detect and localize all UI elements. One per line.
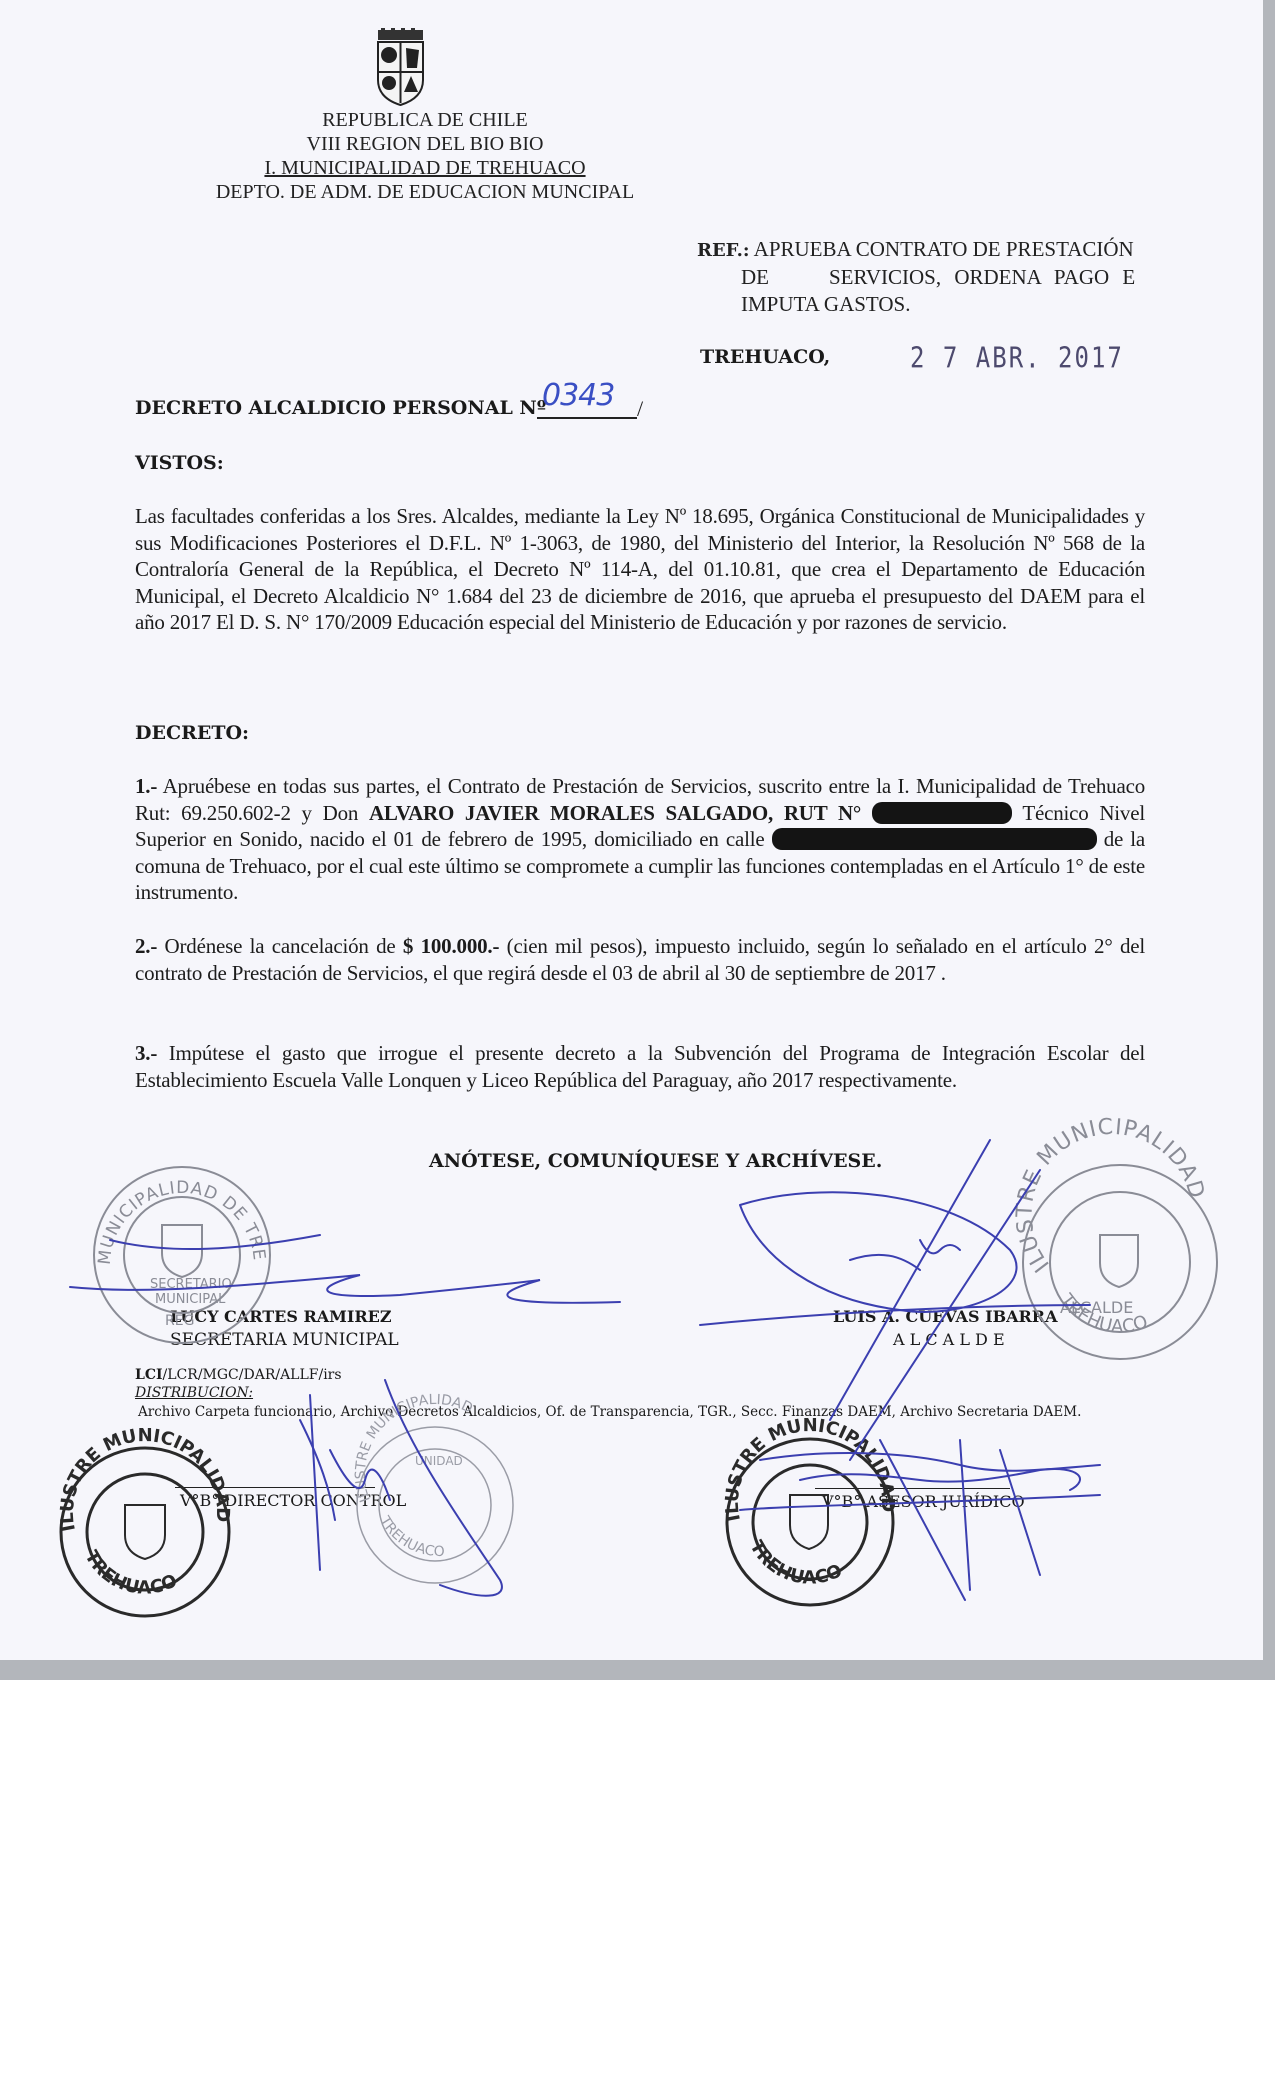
reference-line-3: IMPUTA GASTOS. [697,291,1147,318]
date-stamp: 2 7 ABR. 2017 [910,341,1124,375]
secretary-name: LUCY CARTES RAMIREZ [170,1307,392,1326]
reference-line-2: DESERVICIOS, ORDENA PAGO E [697,264,1147,291]
item-1-number: 1.- [135,774,157,798]
control-approval-label: V°B° DIRECTOR CONTROL [180,1491,406,1510]
vistos-heading: VISTOS: [135,452,224,474]
svg-text:TREHUACO: TREHUACO [80,1547,180,1598]
svg-text:TREHUACO: TREHUACO [1055,1289,1150,1337]
legal-approval-label: V°B° ASESOR JURÍDICO [822,1492,1025,1511]
svg-text:ILUSTRE MUNICIPALIDAD: ILUSTRE MUNICIPALIDAD [57,1425,233,1533]
redacted-rut [872,802,1012,824]
mayor-stamp [1023,1165,1217,1359]
distribution-label: DISTRIBUCION: [135,1385,253,1401]
decree-title: DECRETO ALCALDICIO PERSONAL Nº [135,397,546,419]
mayor-name: LUIS A. CUEVAS IBARRA [833,1307,1058,1326]
decreto-item-1: 1.- Apruébese en todas sus partes, el Co… [135,773,1145,906]
control-signature-line [175,1487,375,1488]
svg-text:ILUSTRE MUNICIPALIDAD: ILUSTRE MUNICIPALIDAD [1012,1115,1209,1277]
legal-signature-line [815,1488,1010,1489]
decree-number-underline [537,417,637,419]
closing-formula: ANÓTESE, COMUNÍQUESE Y ARCHÍVESE. [429,1150,882,1172]
legal-stamp-right [727,1439,893,1605]
header-region: VIII REGION DEL BIO BIO [200,132,650,156]
decreto-item-3: 3.- Impútese el gasto que irrogue el pre… [135,1040,1145,1093]
reference-block: REF.: APRUEBA CONTRATO DE PRESTACIÓN DES… [697,236,1147,318]
item-2-number: 2.- [135,934,157,958]
payment-amount: $ 100.000.- [403,934,499,958]
vistos-text: Las facultades conferidas a los Sres. Al… [135,503,1145,636]
contractor-name-rut: ALVARO JAVIER MORALES SALGADO, RUT N° [369,801,861,825]
redacted-address [772,828,1097,850]
header-country: REPUBLICA DE CHILE [200,108,650,132]
svg-text:SECRETARIO: SECRETARIO [150,1277,232,1292]
svg-text:TREHUACO: TREHUACO [376,1513,445,1560]
header-department: DEPTO. DE ADM. DE EDUCACION MUNCIPAL [175,180,675,204]
place-label: TREHUACO, [700,346,830,368]
legal-stamp-left [61,1448,229,1616]
header-municipality: I. MUNICIPALIDAD DE TREHUACO [200,156,650,180]
svg-text:UNIDAD: UNIDAD [415,1454,463,1468]
svg-text:ALCALDE: ALCALDE [1060,1298,1133,1317]
decreto-heading: DECRETO: [135,722,249,744]
reference-line-1: REF.: APRUEBA CONTRATO DE PRESTACIÓN [697,236,1147,264]
mayor-role: A L C A L D E [893,1330,1005,1349]
decree-number-handwritten: 0343 [542,378,614,413]
document-page: REPUBLICA DE CHILE VIII REGION DEL BIO B… [0,0,1263,1660]
distribution-list: Archivo Carpeta funcionario, Archivo Dec… [138,1404,1081,1420]
initials: LCI/LCR/MGC/DAR/ALLF/irs [135,1367,342,1383]
reference-label: REF.: [697,240,750,261]
secretary-role: SECRETARIA MUNICIPAL [170,1330,399,1350]
svg-text:TREHUACO: TREHUACO [745,1537,845,1588]
svg-text:MUNICIPAL: MUNICIPAL [155,1292,226,1307]
item-3-number: 3.- [135,1041,157,1065]
decree-slash: / [637,396,643,422]
municipal-coat-of-arms-icon [373,28,428,106]
decreto-item-2: 2.- Ordénese la cancelación de $ 100.000… [135,933,1145,986]
